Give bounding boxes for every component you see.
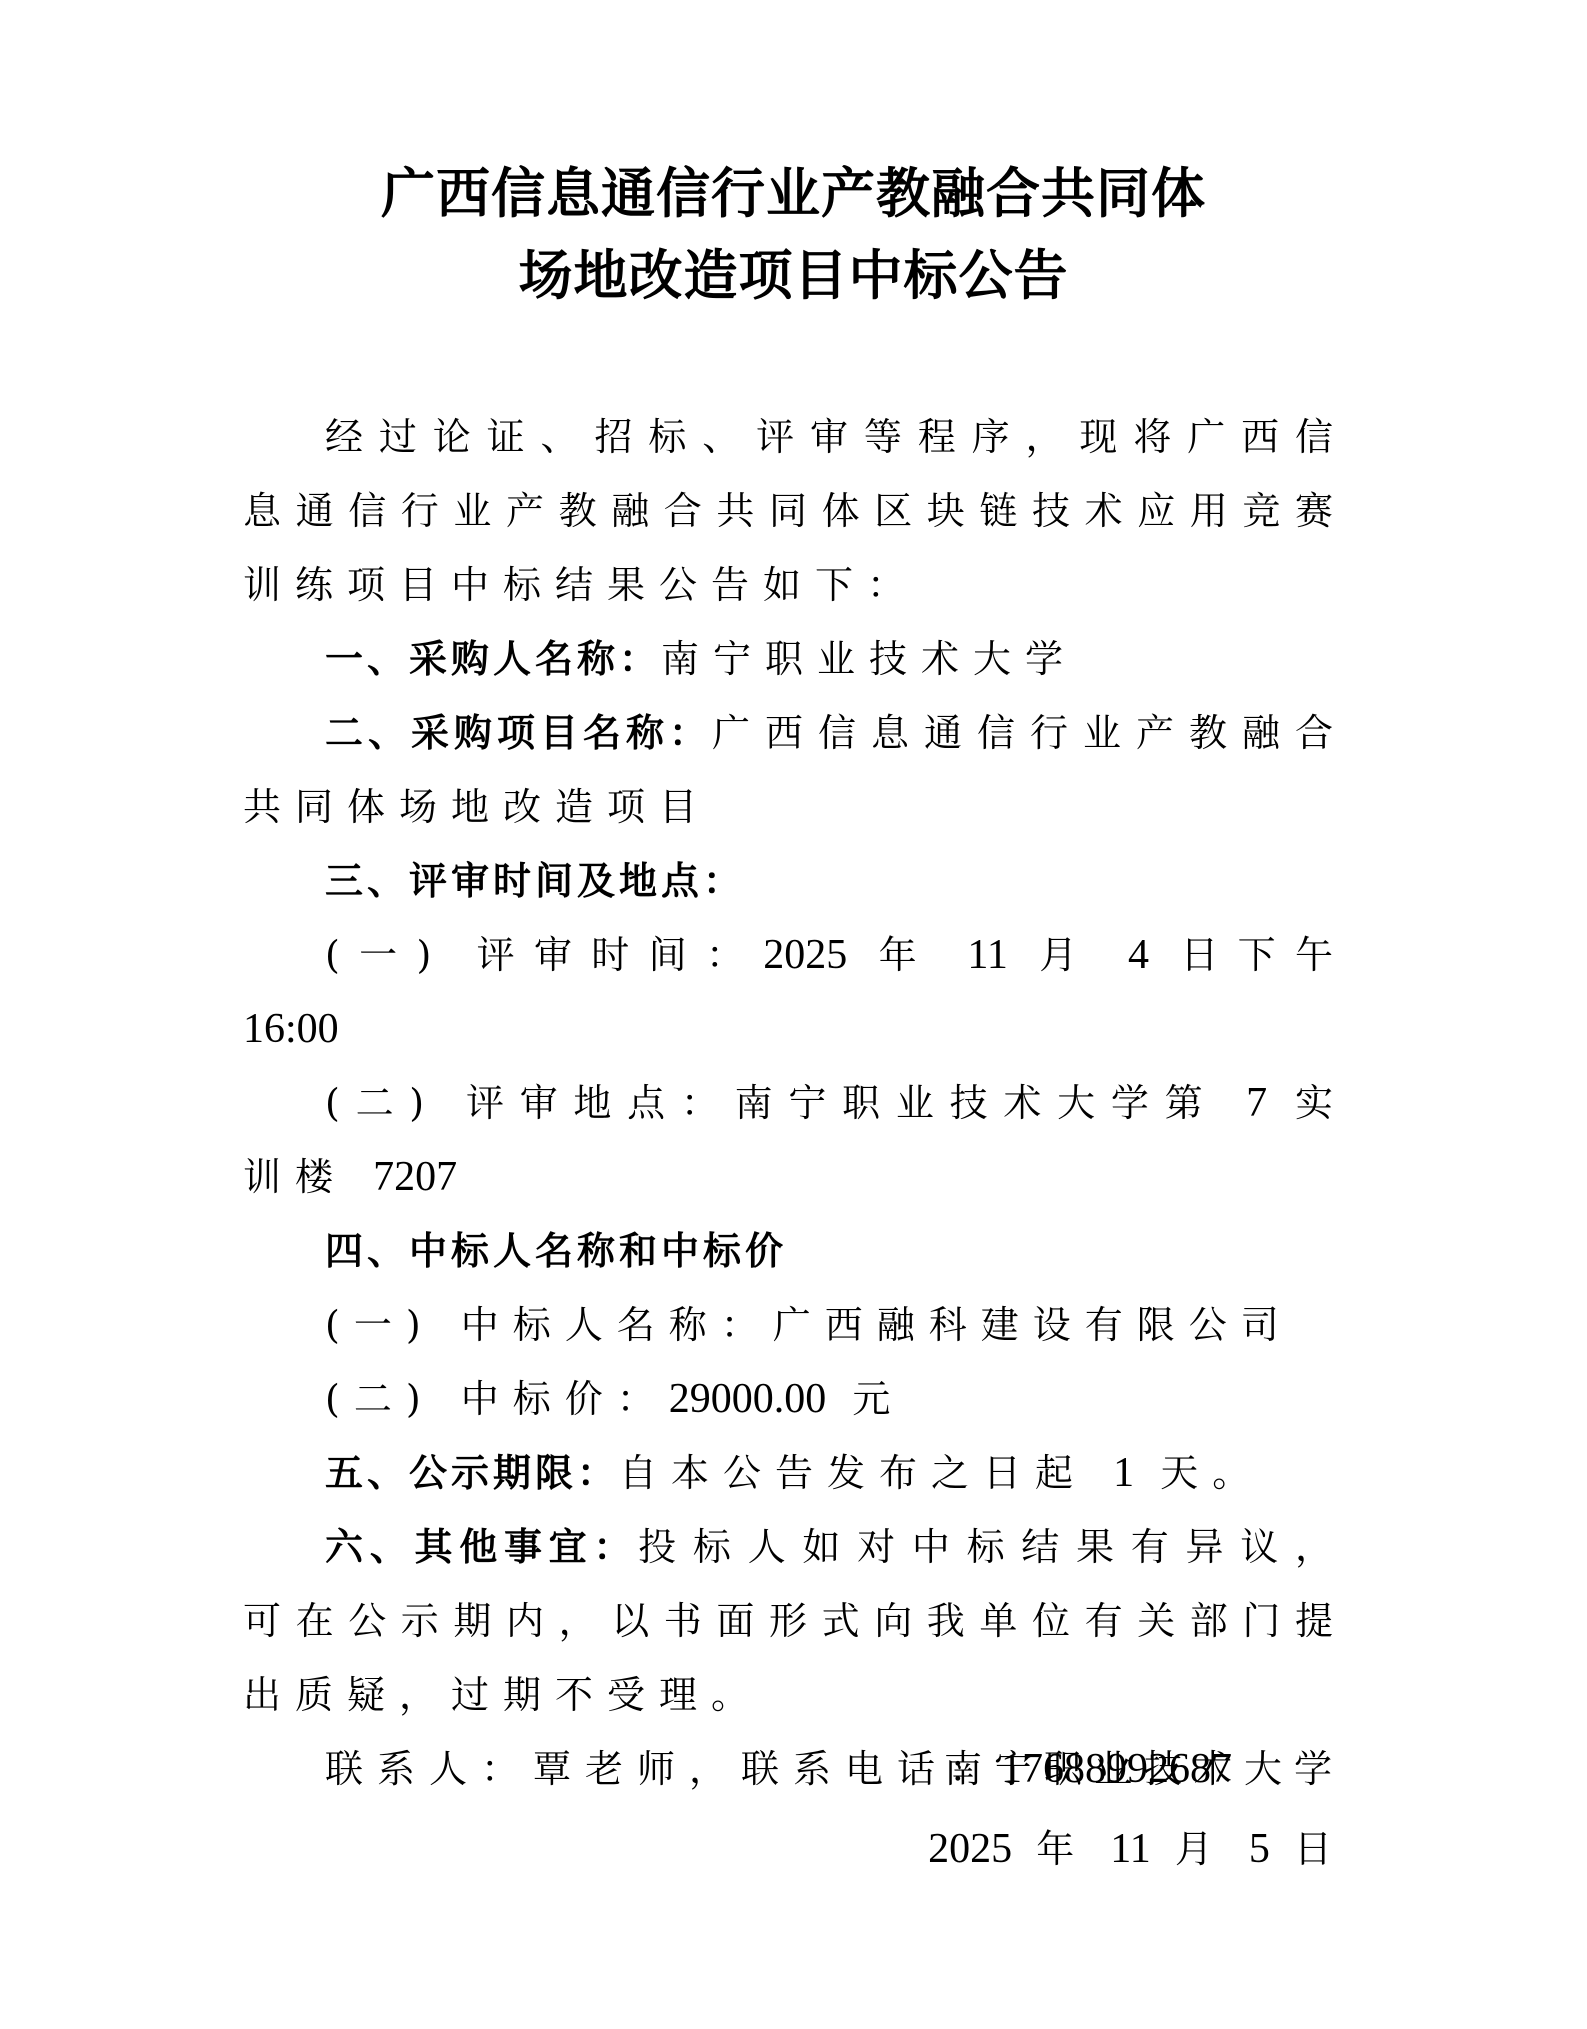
section-review: 三、评审时间及地点： (243, 844, 1347, 918)
contact-prefix: 联系人：覃老师，联系电话： (325, 1747, 1001, 1791)
document-title-line-1: 广西信息通信行业产教融合共同体 (0, 166, 1587, 220)
winner-price-amount: 29000.00 (669, 1376, 827, 1422)
signature-month-unit: 月 (1151, 1827, 1249, 1871)
winner-price: (二) 中标价：29000.00 元 (243, 1362, 1347, 1436)
purchaser-label: 一、采购人名称： (325, 637, 661, 681)
winner-name-value: 广西融科建设有限公司 (773, 1303, 1293, 1347)
announcement-body: 经过论证、招标、评审等程序，现将广西信息通信行业产教融合共同体区块链技术应用竞赛… (243, 400, 1347, 1806)
publicity-label: 五、公示期限： (325, 1451, 619, 1495)
intro-paragraph: 经过论证、招标、评审等程序，现将广西信息通信行业产教融合共同体区块链技术应用竞赛… (243, 400, 1347, 622)
review-clock: 16:00 (243, 1006, 339, 1052)
winner-name-prefix: (一) 中标人名称： (325, 1303, 773, 1347)
review-time: (一) 评审时间：2025 年 11 月 4 日下午 16:00 (243, 918, 1347, 1066)
publicity-days: 1 (1113, 1450, 1134, 1496)
review-year-unit: 年 (847, 933, 967, 977)
document-title-line-2: 场地改造项目中标公告 (0, 248, 1587, 302)
signature-day-unit: 日 (1270, 1827, 1344, 1871)
other-label: 六、其他事宜： (325, 1525, 638, 1569)
publicity-text-after: 天。 (1134, 1451, 1264, 1495)
publicity-text-before: 自本公告发布之日起 (619, 1451, 1113, 1495)
signature-date: 2025 年 11 月 5 日 (928, 1828, 1344, 1870)
purchaser-value: 南宁职业技术大学 (661, 637, 1077, 681)
signature-organization: 南宁职业技术大学 (944, 1750, 1344, 1788)
review-year: 2025 (763, 932, 847, 978)
announcement-page: 广西信息通信行业产教融合共同体 场地改造项目中标公告 经过论证、招标、评审等程序… (0, 0, 1587, 2029)
intro-text: 经过论证、招标、评审等程序，现将广西信息通信行业产教融合共同体区块链技术应用竞赛… (243, 415, 1347, 607)
review-time-prefix: (一) 评审时间： (325, 933, 763, 977)
review-building-number: 7 (1246, 1080, 1267, 1126)
section-other: 六、其他事宜：投标人如对中标结果有异议，可在公示期内，以书面形式向我单位有关部门… (243, 1510, 1347, 1732)
winner-price-prefix: (二) 中标价： (325, 1377, 669, 1421)
review-month: 11 (967, 932, 1007, 978)
review-place: (二) 评审地点：南宁职业技术大学第 7 实训楼 7207 (243, 1066, 1347, 1214)
review-label: 三、评审时间及地点： (325, 859, 745, 903)
winner-price-unit: 元 (826, 1377, 904, 1421)
winner-name: (一) 中标人名称：广西融科建设有限公司 (243, 1288, 1347, 1362)
project-label: 二、采购项目名称： (325, 711, 712, 755)
section-publicity: 五、公示期限：自本公告发布之日起 1 天。 (243, 1436, 1347, 1510)
signature-year: 2025 (928, 1826, 1012, 1872)
signature-day: 5 (1249, 1826, 1270, 1872)
review-place-text-before: 南宁职业技术大学第 (735, 1081, 1247, 1125)
review-room-number: 7207 (373, 1154, 457, 1200)
review-place-prefix: (二) 评审地点： (325, 1081, 735, 1125)
review-day: 4 (1128, 932, 1149, 978)
signature-month: 11 (1110, 1826, 1150, 1872)
winner-label: 四、中标人名称和中标价 (325, 1229, 787, 1273)
review-day-unit: 日下午 (1149, 933, 1347, 977)
section-winner: 四、中标人名称和中标价 (243, 1214, 1347, 1288)
review-month-unit: 月 (1008, 933, 1128, 977)
section-project: 二、采购项目名称：广西信息通信行业产教融合共同体场地改造项目 (243, 696, 1347, 844)
signature-year-unit: 年 (1012, 1827, 1110, 1871)
section-purchaser: 一、采购人名称：南宁职业技术大学 (243, 622, 1347, 696)
